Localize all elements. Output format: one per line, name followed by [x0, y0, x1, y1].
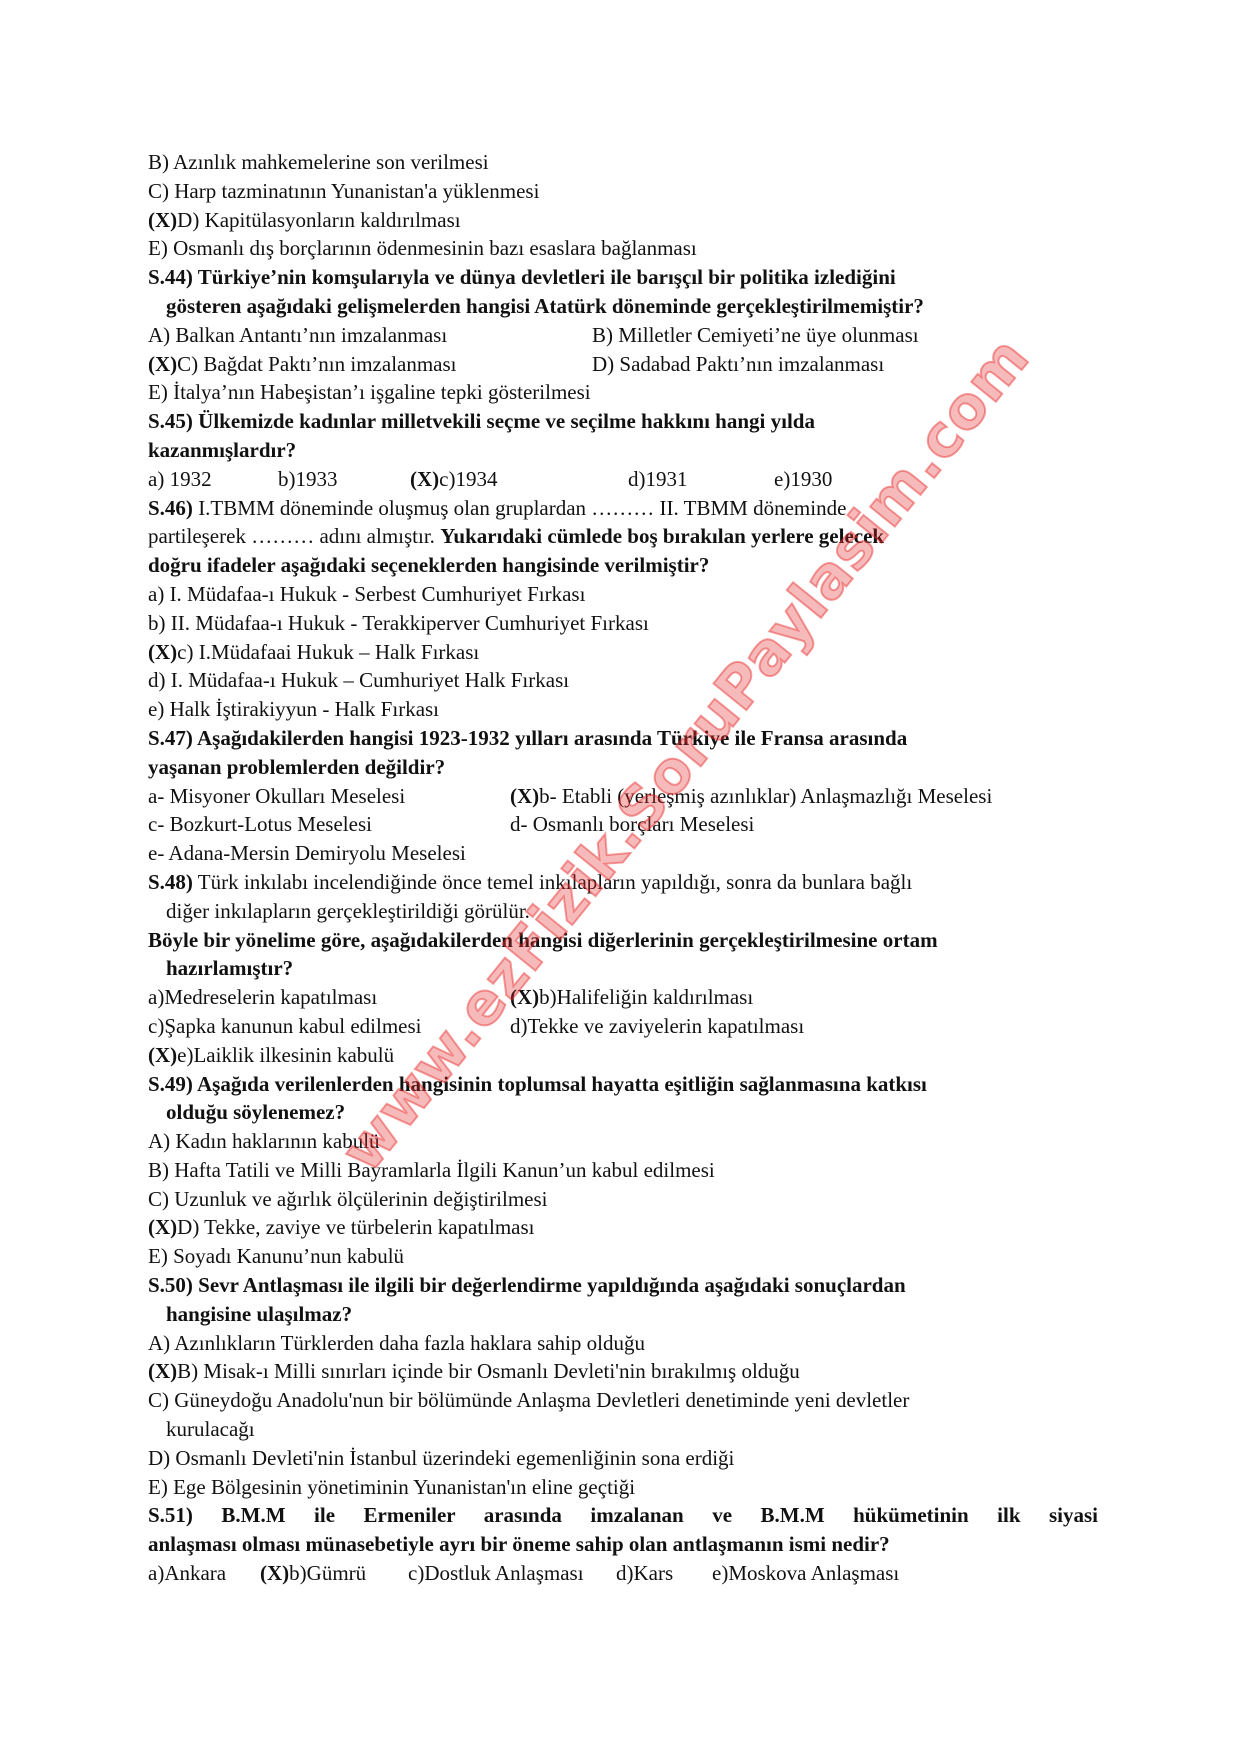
question-stem: S.46) I.TBMM döneminde oluşmuş olan grup…: [148, 494, 1098, 523]
question-stem: S.44) Türkiye’nin komşularıyla ve dünya …: [148, 263, 1098, 292]
answer-mark: (X): [260, 1561, 289, 1585]
option-c: c)Dostluk Anlaşması: [408, 1559, 616, 1588]
answer-mark: (X): [510, 784, 539, 808]
option-a: a)Medreselerin kapatılması: [148, 983, 510, 1012]
question-stem-cont: gösteren aşağıdaki gelişmelerden hangisi…: [148, 292, 1098, 321]
question-46: S.46) I.TBMM döneminde oluşmuş olan grup…: [148, 494, 1098, 724]
options-row: A) Balkan Antantı’nın imzalanması B) Mil…: [148, 321, 1098, 350]
option-a: a) I. Müdafaa-ı Hukuk - Serbest Cumhuriy…: [148, 580, 1098, 609]
options-row: a- Misyoner Okulları Meselesi (X)b- Etab…: [148, 782, 1098, 811]
option-d: d)1931: [628, 465, 774, 494]
option-a: A) Azınlıkların Türklerden daha fazla ha…: [148, 1329, 1098, 1358]
question-stem-cont: anlaşması olması münasebetiyle ayrı bir …: [148, 1530, 1098, 1559]
option-e: E) Osmanlı dış borçlarının ödenmesinin b…: [148, 234, 1098, 263]
question-47: S.47) Aşağıdakilerden hangisi 1923-1932 …: [148, 724, 1098, 868]
answer-mark: (X): [148, 352, 177, 376]
question-stem-cont: partileşerek ……… adını almıştır. Yukarıd…: [148, 522, 1098, 551]
option-d: D) Osmanlı Devleti'nin İstanbul üzerinde…: [148, 1444, 1098, 1473]
option-c: c)Şapka kanunun kabul edilmesi: [148, 1012, 510, 1041]
question-stem: S.47) Aşağıdakilerden hangisi 1923-1932 …: [148, 724, 1098, 753]
question-stem: S.49) Aşağıda verilenlerden hangisinin t…: [148, 1070, 1098, 1099]
options-row: a)Medreselerin kapatılması (X)b)Halifeli…: [148, 983, 1098, 1012]
option-c-answer: (X)C) Bağdat Paktı’nın imzalanması: [148, 350, 592, 379]
answer-mark: (X): [148, 1359, 177, 1383]
option-b: B) Hafta Tatili ve Milli Bayramlarla İlg…: [148, 1156, 1098, 1185]
option-c-cont: kurulacağı: [148, 1415, 1098, 1444]
option-c: c- Bozkurt-Lotus Meselesi: [148, 810, 510, 839]
answer-mark: (X): [148, 1043, 177, 1067]
option-e: e) Halk İştirakiyyun - Halk Fırkası: [148, 695, 1098, 724]
option-c: C) Harp tazminatının Yunanistan'a yüklen…: [148, 177, 1098, 206]
option-c: C) Uzunluk ve ağırlık ölçülerinin değişt…: [148, 1185, 1098, 1214]
question-stem-cont: kazanmışlardır?: [148, 436, 1098, 465]
question-stem: S.45) Ülkemizde kadınlar milletvekili se…: [148, 407, 1098, 436]
option-c-answer: (X)c)1934: [410, 465, 628, 494]
question-51: S.51) B.M.M ile Ermeniler arasında imzal…: [148, 1501, 1098, 1587]
question-prompt-cont: hazırlamıştır?: [148, 954, 1098, 983]
question-number: S.48): [148, 870, 193, 894]
option-d: d- Osmanlı borçları Meselesi: [510, 810, 754, 839]
option-d: d) I. Müdafaa-ı Hukuk – Cumhuriyet Halk …: [148, 666, 1098, 695]
answer-mark: (X): [148, 640, 177, 664]
option-b-answer: (X)b- Etabli (yerleşmiş azınlıklar) Anla…: [510, 782, 992, 811]
answer-mark: (X): [148, 1215, 177, 1239]
question-48: S.48) Türk inkılabı incelendiğinde önce …: [148, 868, 1098, 1070]
answer-mark: (X): [148, 208, 177, 232]
options-row: a) 1932 b)1933 (X)c)1934 d)1931 e)1930: [148, 465, 1098, 494]
option-d: D) Sadabad Paktı’nın imzalanması: [592, 350, 884, 379]
option-d-answer: (X)D) Kapitülasyonların kaldırılması: [148, 206, 1098, 235]
question-stem-cont: hangisine ulaşılmaz?: [148, 1300, 1098, 1329]
question-stem: S.51) B.M.M ile Ermeniler arasında imzal…: [148, 1501, 1098, 1530]
question-prompt: Böyle bir yönelime göre, aşağıdakilerden…: [148, 926, 1098, 955]
option-a: a- Misyoner Okulları Meselesi: [148, 782, 510, 811]
option-e-answer: (X)e)Laiklik ilkesinin kabulü: [148, 1041, 1098, 1070]
q43-options: B) Azınlık mahkemelerine son verilmesi C…: [148, 148, 1098, 263]
question-45: S.45) Ülkemizde kadınlar milletvekili se…: [148, 407, 1098, 493]
option-b-answer: (X)b)Gümrü: [260, 1559, 408, 1588]
question-prompt: doğru ifadeler aşağıdaki seçeneklerden h…: [148, 551, 1098, 580]
question-stem-cont: yaşanan problemlerden değildir?: [148, 753, 1098, 782]
option-b-answer: (X)b)Halifeliğin kaldırılması: [510, 983, 753, 1012]
option-a: A) Balkan Antantı’nın imzalanması: [148, 321, 592, 350]
option-e: e)Moskova Anlaşması: [712, 1559, 899, 1588]
option-e: e- Adana-Mersin Demiryolu Meselesi: [148, 839, 1098, 868]
option-b: B) Milletler Cemiyeti’ne üye olunması: [592, 321, 919, 350]
option-d-answer: (X)D) Tekke, zaviye ve türbelerin kapatı…: [148, 1213, 1098, 1242]
option-e: E) Soyadı Kanunu’nun kabulü: [148, 1242, 1098, 1271]
option-a: a)Ankara: [148, 1559, 260, 1588]
options-row: a)Ankara (X)b)Gümrü c)Dostluk Anlaşması …: [148, 1559, 1098, 1588]
question-stem-cont: diğer inkılapların gerçekleştirildiği gö…: [148, 897, 1098, 926]
options-row: c- Bozkurt-Lotus Meselesi d- Osmanlı bor…: [148, 810, 1098, 839]
option-b: b)1933: [278, 465, 410, 494]
question-50: S.50) Sevr Antlaşması ile ilgili bir değ…: [148, 1271, 1098, 1501]
question-44: S.44) Türkiye’nin komşularıyla ve dünya …: [148, 263, 1098, 407]
answer-mark: (X): [510, 985, 539, 1009]
question-stem-cont: olduğu söylenemez?: [148, 1098, 1098, 1127]
question-49: S.49) Aşağıda verilenlerden hangisinin t…: [148, 1070, 1098, 1272]
option-a: A) Kadın haklarının kabulü: [148, 1127, 1098, 1156]
options-row: (X)C) Bağdat Paktı’nın imzalanması D) Sa…: [148, 350, 1098, 379]
option-e: e)1930: [774, 465, 832, 494]
document-page: B) Azınlık mahkemelerine son verilmesi C…: [148, 148, 1098, 1588]
option-e: E) Ege Bölgesinin yönetiminin Yunanistan…: [148, 1473, 1098, 1502]
option-c: C) Güneydoğu Anadolu'nun bir bölümünde A…: [148, 1386, 1098, 1415]
option-b: B) Azınlık mahkemelerine son verilmesi: [148, 148, 1098, 177]
option-d: d)Tekke ve zaviyelerin kapatılması: [510, 1012, 804, 1041]
option-e: E) İtalya’nın Habeşistan’ı işgaline tepk…: [148, 378, 1098, 407]
answer-mark: (X): [410, 467, 439, 491]
question-number: S.46): [148, 496, 193, 520]
option-b-answer: (X)B) Misak-ı Milli sınırları içinde bir…: [148, 1357, 1098, 1386]
option-c-answer: (X)c) I.Müdafaai Hukuk – Halk Fırkası: [148, 638, 1098, 667]
question-stem: S.50) Sevr Antlaşması ile ilgili bir değ…: [148, 1271, 1098, 1300]
question-stem: S.48) Türk inkılabı incelendiğinde önce …: [148, 868, 1098, 897]
option-d: d)Kars: [616, 1559, 712, 1588]
options-row: c)Şapka kanunun kabul edilmesi d)Tekke v…: [148, 1012, 1098, 1041]
option-b: b) II. Müdafaa-ı Hukuk - Terakkiperver C…: [148, 609, 1098, 638]
option-a: a) 1932: [148, 465, 278, 494]
